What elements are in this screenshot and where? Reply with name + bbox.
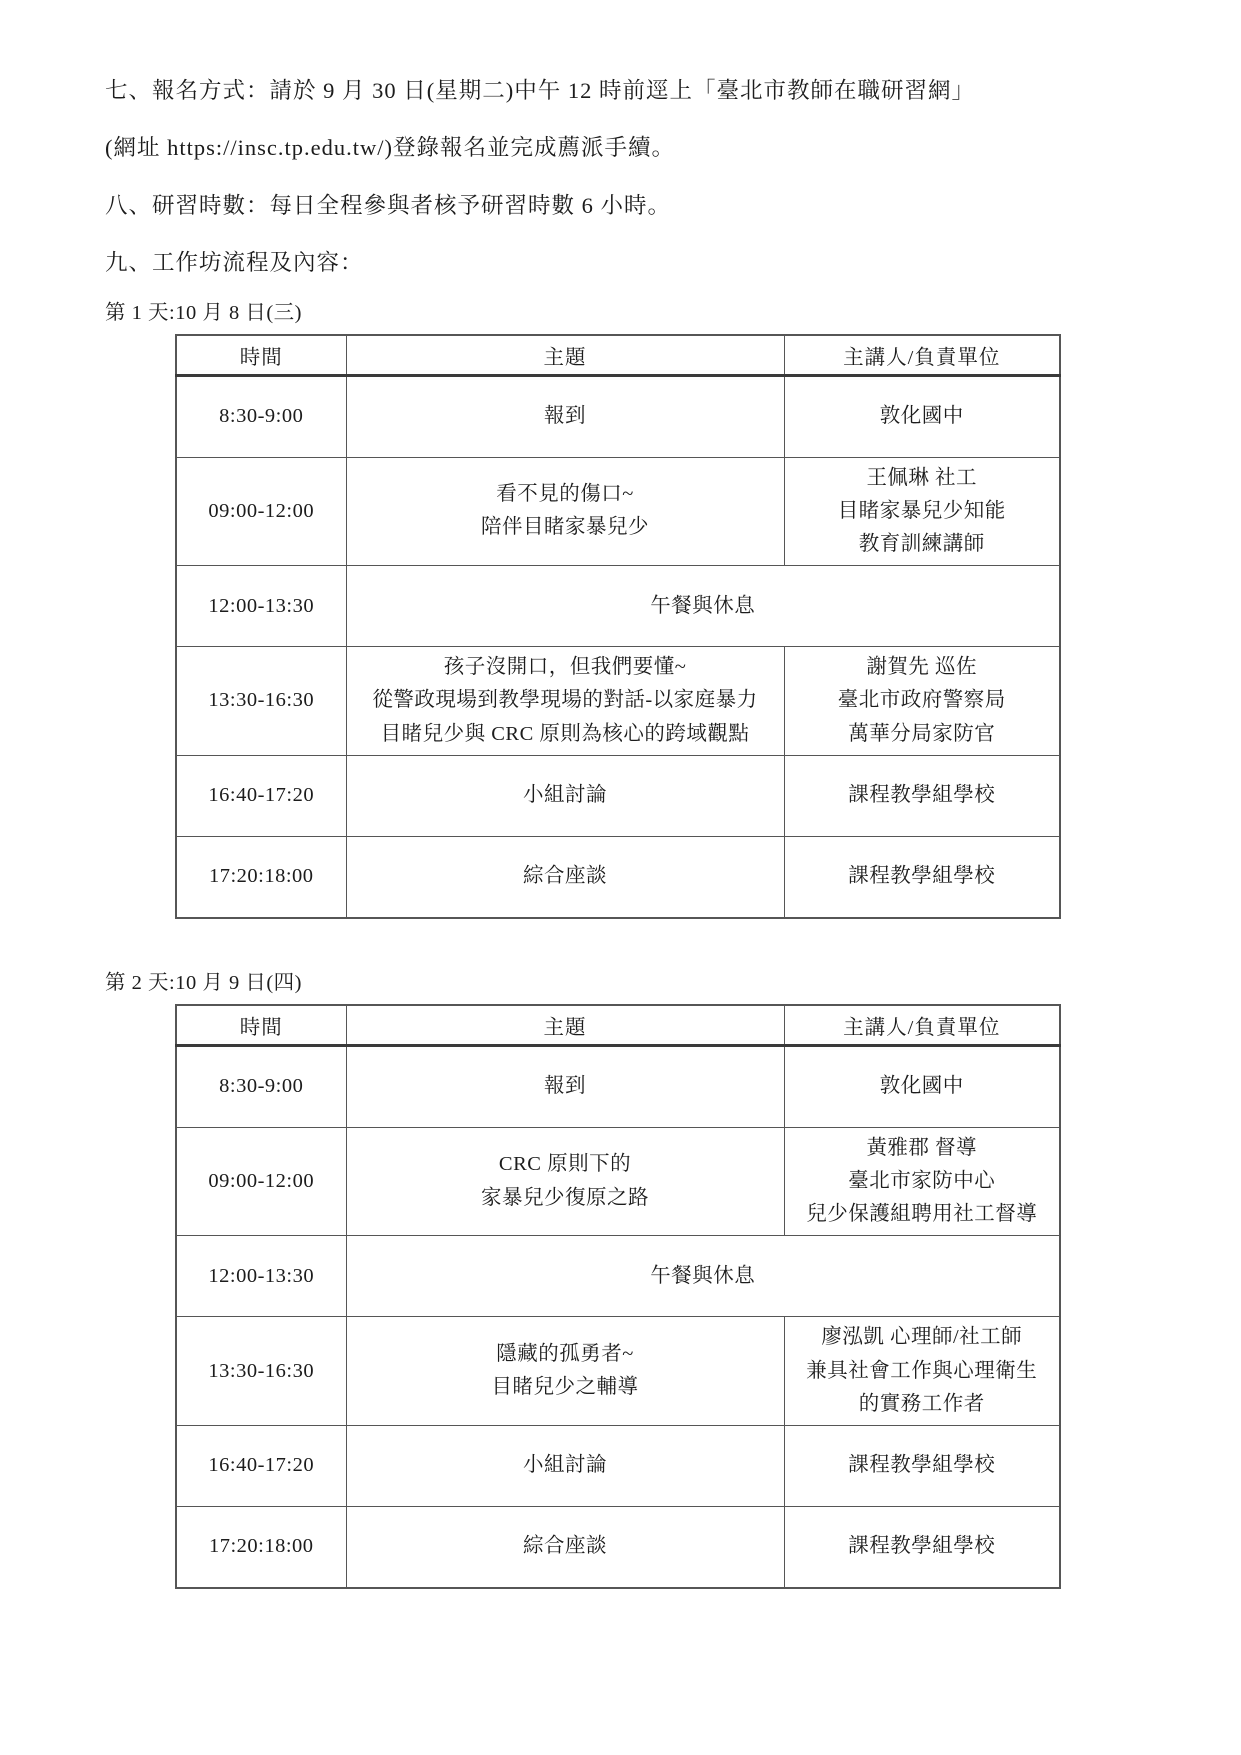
schedule-row: 13:30-16:30隱藏的孤勇者~目睹兒少之輔導廖泓凱 心理師/社工師兼具社會… — [176, 1317, 1060, 1426]
cell-line: 小組討論 — [353, 779, 778, 812]
schedule-row: 17:20:18:00綜合座談課程教學組學校 — [176, 836, 1060, 918]
speaker-cell: 課程教學組學校 — [784, 1425, 1060, 1506]
cell-line: 綜合座談 — [353, 1530, 778, 1563]
topic-cell: 綜合座談 — [346, 836, 784, 918]
cell-line: 目睹兒少與 CRC 原則為核心的跨域觀點 — [353, 718, 778, 751]
topic-cell: CRC 原則下的家暴兒少復原之路 — [346, 1127, 784, 1236]
cell-line: 臺北市家防中心 — [791, 1165, 1054, 1198]
schedule-row: 16:40-17:20小組討論課程教學組學校 — [176, 755, 1060, 836]
schedule-row: 17:20:18:00綜合座談課程教學組學校 — [176, 1506, 1060, 1588]
column-header: 主講人/負責單位 — [784, 1005, 1060, 1046]
time-cell: 16:40-17:20 — [176, 1425, 346, 1506]
column-header: 時間 — [176, 1005, 346, 1046]
topic-cell: 綜合座談 — [346, 1506, 784, 1588]
schedule-row: 8:30-9:00報到敦化國中 — [176, 375, 1060, 457]
cell-line: 陪伴目睹家暴兒少 — [353, 511, 778, 544]
schedule-row: 8:30-9:00報到敦化國中 — [176, 1045, 1060, 1127]
day1-section: 第 1 天:10 月 8 日(三) 時間主題主講人/負責單位8:30-9:00報… — [105, 295, 1151, 919]
column-header: 主題 — [346, 335, 784, 376]
cell-line: 課程教學組學校 — [791, 1530, 1054, 1563]
workshop-hours: 八、研習時數：每日全程參與者核予研習時數 6 小時。 — [105, 191, 1151, 221]
speaker-cell: 敦化國中 — [784, 375, 1060, 457]
topic-cell: 隱藏的孤勇者~目睹兒少之輔導 — [346, 1317, 784, 1426]
topic-cell: 孩子沒開口，但我們要懂~從警政現場到教學現場的對話-以家庭暴力目睹兒少與 CRC… — [346, 647, 784, 756]
speaker-cell: 謝賀先 巡佐臺北市政府警察局萬華分局家防官 — [784, 647, 1060, 756]
cell-line: 午餐與休息 — [353, 590, 1054, 623]
cell-line: 小組討論 — [353, 1449, 778, 1482]
workshop-agenda-title: 九、工作坊流程及內容： — [105, 248, 1151, 278]
document-page: 七、報名方式：請於 9 月 30 日(星期二)中午 12 時前逕上「臺北市教師在… — [0, 0, 1241, 1755]
speaker-cell: 黃雅郡 督導臺北市家防中心兒少保護組聘用社工督導 — [784, 1127, 1060, 1236]
topic-cell: 午餐與休息 — [346, 1236, 1060, 1317]
cell-line: 綜合座談 — [353, 860, 778, 893]
day2-schedule-table: 時間主題主講人/負責單位8:30-9:00報到敦化國中09:00-12:00CR… — [175, 1004, 1061, 1589]
column-header: 主講人/負責單位 — [784, 335, 1060, 376]
header-row: 時間主題主講人/負責單位 — [176, 1005, 1060, 1046]
speaker-cell: 課程教學組學校 — [784, 755, 1060, 836]
cell-line: 敦化國中 — [791, 1070, 1054, 1103]
schedule-row: 13:30-16:30孩子沒開口，但我們要懂~從警政現場到教學現場的對話-以家庭… — [176, 647, 1060, 756]
cell-line: 課程教學組學校 — [791, 779, 1054, 812]
day2-section: 第 2 天:10 月 9 日(四) 時間主題主講人/負責單位8:30-9:00報… — [105, 965, 1151, 1589]
topic-cell: 午餐與休息 — [346, 566, 1060, 647]
header-row: 時間主題主講人/負責單位 — [176, 335, 1060, 376]
cell-line: 看不見的傷口~ — [353, 478, 778, 511]
time-cell: 12:00-13:30 — [176, 566, 346, 647]
cell-line: 課程教學組學校 — [791, 860, 1054, 893]
day1-schedule-table: 時間主題主講人/負責單位8:30-9:00報到敦化國中09:00-12:00看不… — [175, 334, 1061, 919]
cell-line: 報到 — [353, 400, 778, 433]
time-cell: 09:00-12:00 — [176, 457, 346, 566]
schedule-row: 12:00-13:30午餐與休息 — [176, 1236, 1060, 1317]
topic-cell: 小組討論 — [346, 755, 784, 836]
cell-line: 謝賀先 巡佐 — [791, 651, 1054, 684]
cell-line: 敦化國中 — [791, 400, 1054, 433]
column-header: 時間 — [176, 335, 346, 376]
cell-line: 萬華分局家防官 — [791, 718, 1054, 751]
time-cell: 13:30-16:30 — [176, 647, 346, 756]
speaker-cell: 課程教學組學校 — [784, 1506, 1060, 1588]
time-cell: 17:20:18:00 — [176, 1506, 346, 1588]
topic-cell: 報到 — [346, 375, 784, 457]
cell-line: 孩子沒開口，但我們要懂~ — [353, 651, 778, 684]
cell-line: 家暴兒少復原之路 — [353, 1182, 778, 1215]
time-cell: 17:20:18:00 — [176, 836, 346, 918]
cell-line: 目睹兒少之輔導 — [353, 1371, 778, 1404]
day2-heading: 第 2 天:10 月 9 日(四) — [105, 965, 1151, 995]
cell-line: 目睹家暴兒少知能 — [791, 495, 1054, 528]
registration-method-line1: 七、報名方式：請於 9 月 30 日(星期二)中午 12 時前逕上「臺北市教師在… — [105, 76, 1151, 106]
schedule-row: 09:00-12:00CRC 原則下的家暴兒少復原之路黃雅郡 督導臺北市家防中心… — [176, 1127, 1060, 1236]
time-cell: 13:30-16:30 — [176, 1317, 346, 1426]
cell-line: 報到 — [353, 1070, 778, 1103]
cell-line: 從警政現場到教學現場的對話-以家庭暴力 — [353, 684, 778, 717]
time-cell: 09:00-12:00 — [176, 1127, 346, 1236]
time-cell: 8:30-9:00 — [176, 375, 346, 457]
speaker-cell: 王佩琳 社工目睹家暴兒少知能教育訓練講師 — [784, 457, 1060, 566]
speaker-cell: 廖泓凱 心理師/社工師兼具社會工作與心理衛生的實務工作者 — [784, 1317, 1060, 1426]
schedule-row: 16:40-17:20小組討論課程教學組學校 — [176, 1425, 1060, 1506]
cell-line: 王佩琳 社工 — [791, 462, 1054, 495]
column-header: 主題 — [346, 1005, 784, 1046]
cell-line: CRC 原則下的 — [353, 1148, 778, 1181]
cell-line: 廖泓凱 心理師/社工師 — [791, 1321, 1054, 1354]
cell-line: 兒少保護組聘用社工督導 — [791, 1198, 1054, 1231]
cell-line: 的實務工作者 — [791, 1388, 1054, 1421]
time-cell: 16:40-17:20 — [176, 755, 346, 836]
cell-line: 課程教學組學校 — [791, 1449, 1054, 1482]
cell-line: 黃雅郡 督導 — [791, 1132, 1054, 1165]
cell-line: 午餐與休息 — [353, 1260, 1054, 1293]
time-cell: 8:30-9:00 — [176, 1045, 346, 1127]
registration-method-line2: (網址 https://insc.tp.edu.tw/)登錄報名並完成薦派手續。 — [105, 133, 1151, 163]
cell-line: 教育訓練講師 — [791, 528, 1054, 561]
topic-cell: 報到 — [346, 1045, 784, 1127]
schedule-row: 09:00-12:00看不見的傷口~陪伴目睹家暴兒少王佩琳 社工目睹家暴兒少知能… — [176, 457, 1060, 566]
topic-cell: 小組討論 — [346, 1425, 784, 1506]
cell-line: 臺北市政府警察局 — [791, 684, 1054, 717]
schedule-row: 12:00-13:30午餐與休息 — [176, 566, 1060, 647]
cell-line: 隱藏的孤勇者~ — [353, 1338, 778, 1371]
speaker-cell: 課程教學組學校 — [784, 836, 1060, 918]
cell-line: 兼具社會工作與心理衛生 — [791, 1355, 1054, 1388]
topic-cell: 看不見的傷口~陪伴目睹家暴兒少 — [346, 457, 784, 566]
time-cell: 12:00-13:30 — [176, 1236, 346, 1317]
day1-heading: 第 1 天:10 月 8 日(三) — [105, 295, 1151, 325]
speaker-cell: 敦化國中 — [784, 1045, 1060, 1127]
